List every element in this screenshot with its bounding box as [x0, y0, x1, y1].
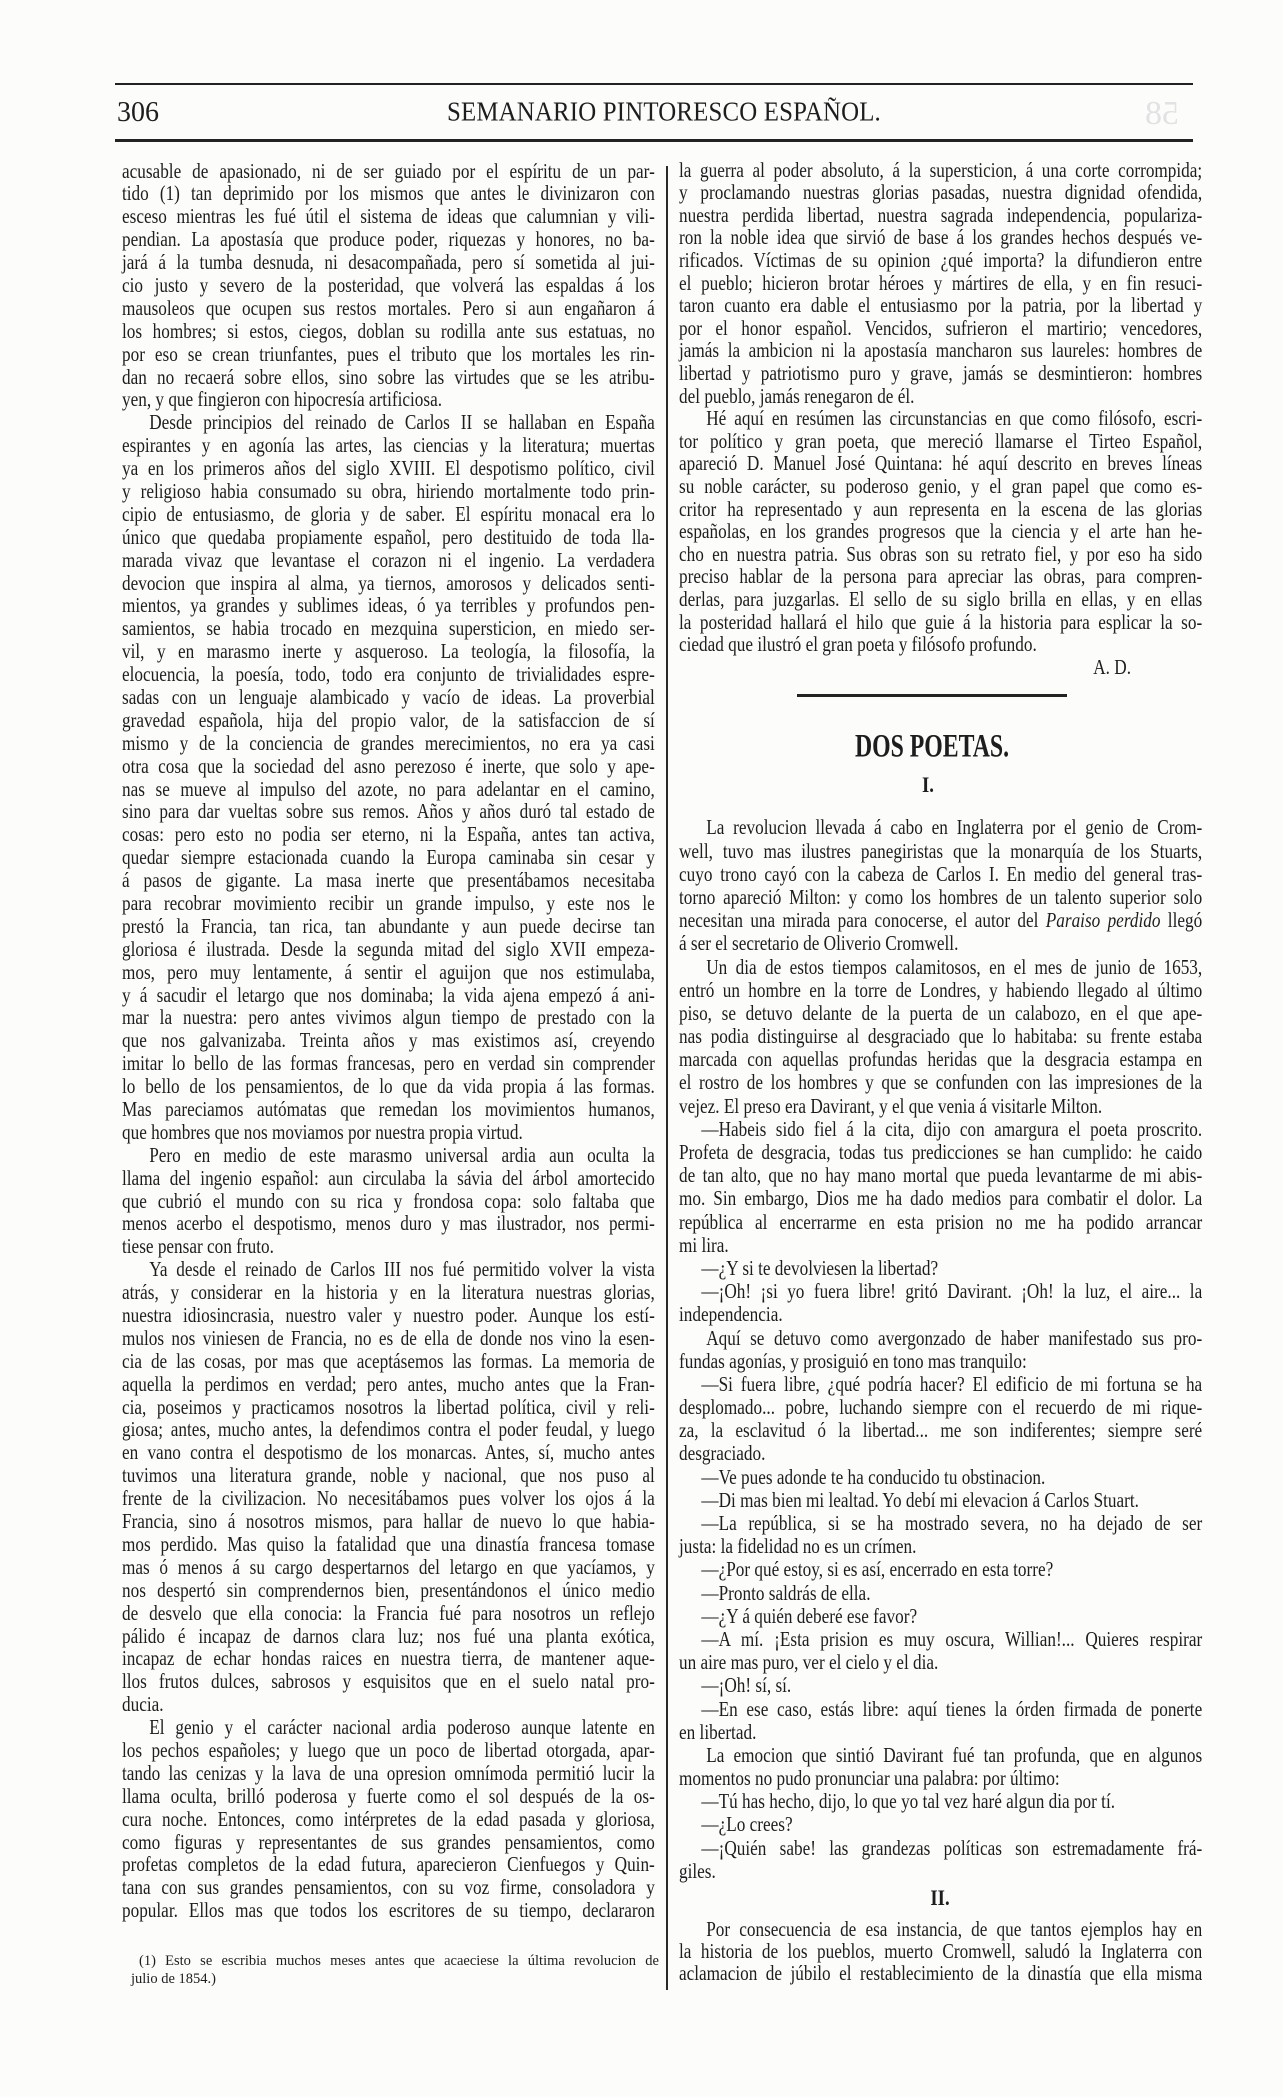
text-line: la posteridad hallará el hilo que guie á…: [679, 611, 1202, 634]
text-line: Un dia de estos tiempos calamitosos, en …: [679, 956, 1202, 979]
text-line: Mas pareciamos autómatas que remedan los…: [122, 1098, 655, 1121]
text-line: mismo y de la conciencia de grandes mere…: [122, 732, 655, 755]
text-line: cia de las cosas, por mas que aceptásemo…: [122, 1350, 655, 1373]
text-line: giosa; antes, mucho antes, la defendimos…: [122, 1418, 655, 1441]
text-line: La emocion que sintió Davirant fué tan p…: [679, 1744, 1202, 1767]
text-line: Desde principios del reinado de Carlos I…: [122, 411, 655, 434]
text-line: ya en los primeros años del siglo XVIII.…: [122, 457, 655, 480]
text-line: well, tuvo mas ilustres panegiristas que…: [679, 840, 1202, 863]
text-line: marada vivaz que levantase el corazon ni…: [122, 549, 655, 572]
text-line: torno apareció Milton: y como los hombre…: [679, 886, 1202, 909]
text-line: Aquí se detuvo como avergonzado de haber…: [679, 1327, 1202, 1350]
text-line: momentos no pudo pronunciar una palabra:…: [679, 1767, 1202, 1790]
text-line: marcada con aquellas profundas heridas q…: [679, 1048, 1202, 1071]
text-line: La revolucion llevada á cabo en Inglater…: [679, 816, 1202, 839]
text-line: nas podia distinguirse al desgraciado qu…: [679, 1025, 1202, 1048]
text-line: libertad y patriotismo puro y grave, jam…: [679, 362, 1202, 385]
text-line: que cubrió el mundo con su rica y frondo…: [122, 1190, 655, 1213]
text-line: —Habeis sido fiel á la cita, dijo con am…: [679, 1118, 1202, 1141]
header-top-rule: [115, 83, 1193, 85]
text-line: tido (1) tan deprimido por los mismos qu…: [122, 182, 655, 205]
article-title: DOS POETAS.: [855, 731, 1009, 764]
text-line: en vano contra el despotismo de los mona…: [122, 1441, 655, 1464]
text-line: —Di mas bien mi lealtad. Yo debí mi elev…: [679, 1489, 1202, 1512]
text-line: fundas agonías, y prosiguió en tono mas …: [679, 1350, 1202, 1373]
text-line: necesitan una mirada para conocerse, el …: [679, 909, 1202, 932]
text-line: del pueblo, jamás renegaron de él.: [679, 385, 1202, 408]
text-line: independencia.: [679, 1303, 1202, 1326]
text-line: tana con sus grandes pensamientos, con s…: [122, 1876, 655, 1899]
text-line: profetas completos de la edad futura, ap…: [122, 1853, 655, 1876]
text-line: y á sacudir el letargo que nos dominaba;…: [122, 984, 655, 1007]
text-line: como figuras y representantes de sus gra…: [122, 1831, 655, 1854]
text-line: mo. Sin embargo, Dios me ha dado medios …: [679, 1187, 1202, 1210]
text-line: rificados. Víctimas de su opinion ¿qué i…: [679, 249, 1202, 272]
text-line: desplomado... pobre, luchando siempre co…: [679, 1396, 1202, 1419]
article-signature: A. D.: [679, 656, 1202, 679]
text-line: —Ve pues adonde te ha conducido tu obsti…: [679, 1466, 1202, 1489]
text-line: los hombres; si estos, ciegos, doblan su…: [122, 320, 655, 343]
publication-title: SEMANARIO PINTORESCO ESPAÑOL.: [447, 99, 881, 126]
text-line: giles.: [679, 1860, 1202, 1883]
text-line: cipio de entusiasmo, de gloria y de sabe…: [122, 503, 655, 526]
text-line: prestó la Francia, tan rica, tan abundan…: [122, 915, 655, 938]
text-line: —Pronto saldrás de ella.: [679, 1582, 1202, 1605]
text-line: justa: la fidelidad no es un crímen.: [679, 1535, 1202, 1558]
text-line: tando las cenizas y la lava de una opres…: [122, 1762, 655, 1785]
text-line: su noble carácter, su poderoso genio, y …: [679, 475, 1202, 498]
text-line: y proclamando nuestras glorias pasadas, …: [679, 181, 1202, 204]
text-line: gloriosa é ilustrada. Desde la segunda m…: [122, 938, 655, 961]
text-segment: llegó: [1160, 908, 1202, 932]
text-line: tiese pensar con fruto.: [122, 1235, 655, 1258]
text-line: ducia.: [122, 1693, 655, 1716]
text-line: tor político y gran poeta, que mereció l…: [679, 430, 1202, 453]
text-line: —En ese caso, estás libre: aquí tienes l…: [679, 1698, 1202, 1721]
text-line: pálido é incapaz de darnos clara luz; no…: [122, 1625, 655, 1648]
text-line: tuvimos una literatura grande, noble y n…: [122, 1464, 655, 1487]
text-line: nuestra perdida libertad, nuestra sagrad…: [679, 204, 1202, 227]
text-line: llama del ingenio español: aun circulaba…: [122, 1167, 655, 1190]
text-line: aclamacion de júbilo el restablecimiento…: [679, 1963, 1202, 1985]
footnote-line: julio de 1854.): [131, 1970, 659, 1988]
text-line: república al encerrarme en esta prision …: [679, 1211, 1202, 1234]
text-segment: necesitan una mirada para conocerse, el …: [679, 908, 1046, 932]
text-line: critor ha representado y aun representa …: [679, 498, 1202, 521]
text-line: atrás, y considerar en la historia y en …: [122, 1281, 655, 1304]
text-line: vil, y en marasmo inerte y asqueroso. La…: [122, 640, 655, 663]
text-line: que nos galvanizaba. Treinta años y mas …: [122, 1029, 655, 1052]
text-line: imitar lo bello de las formas francesas,…: [122, 1052, 655, 1075]
text-line: yen, y que fingieron con hipocresía arti…: [122, 388, 655, 411]
text-line: —La república, si se ha mostrado severa,…: [679, 1512, 1202, 1535]
text-line: jará á la tumba desnuda, ni desacompañad…: [122, 251, 655, 274]
text-line: la guerra al poder absoluto, á la supers…: [679, 159, 1202, 182]
text-line: mos perdido. Mas quiso la fatalidad que …: [122, 1533, 655, 1556]
text-line: —¿Lo crees?: [679, 1813, 1202, 1836]
text-line: apareció D. Manuel José Quintana: hé aqu…: [679, 452, 1202, 475]
text-line: mas ó menos á su cargo despertarnos del …: [122, 1556, 655, 1579]
text-line: frente de la civilizacion. No necesitába…: [122, 1487, 655, 1510]
text-line: por eso se crean triunfantes, pues el tr…: [122, 343, 655, 366]
text-line: aquella la perdimos en verdad; pero ante…: [122, 1373, 655, 1396]
text-line: Pero en medio de este marasmo universal …: [122, 1144, 655, 1167]
text-line: acusable de apasionado, ni de ser guiado…: [122, 160, 655, 183]
text-line: —¡Quién sabe! las grandezas políticas so…: [679, 1837, 1202, 1860]
text-line: un aire mas puro, ver el cielo y el dia.: [679, 1651, 1202, 1674]
page-number: 306: [117, 99, 159, 127]
text-line: Francia, sino á nosotros mismos, para ha…: [122, 1510, 655, 1533]
text-line: mausoleos que ocupen sus restos mortales…: [122, 297, 655, 320]
text-line: y religioso habia consumado su obra, hir…: [122, 480, 655, 503]
text-line: elocuencia, la poesía, todo, todo era co…: [122, 663, 655, 686]
text-line: popular. Ellos mas que todos los escrito…: [122, 1899, 655, 1922]
book-title-italic: Paraiso perdido: [1046, 908, 1161, 932]
text-line: pendian. La apostasía que produce poder,…: [122, 228, 655, 251]
text-line: mi lira.: [679, 1234, 1202, 1257]
text-line: menos acerbo el despotismo, menos duro y…: [122, 1212, 655, 1235]
text-line: nos despertó sin comprendernos bien, pre…: [122, 1579, 655, 1602]
text-line: derlas, para juzgarlas. El sello de su s…: [679, 588, 1202, 611]
text-line: za, la esclavitud ó la libertad... me so…: [679, 1419, 1202, 1442]
text-line: mar la nuestra: pero antes vivimos algun…: [122, 1006, 655, 1029]
text-line: —¡Oh! ¡si yo fuera libre! gritó Davirant…: [679, 1280, 1202, 1303]
text-line: llos frutos dulces, sabrosos y esquisito…: [122, 1670, 655, 1693]
left-column-text: acusable de apasionado, ni de ser guiado…: [122, 160, 655, 1923]
text-line: desgraciado.: [679, 1442, 1202, 1465]
text-line: por el honor español. Vencidos, sufriero…: [679, 317, 1202, 340]
text-line: que hombres que nos moviamos por nuestra…: [122, 1121, 655, 1144]
text-line: á ser el secretario de Oliverio Cromwell…: [679, 932, 1202, 955]
section-heading-1: I.: [922, 774, 934, 796]
text-line: piso, se detuvo delante de la puerta de …: [679, 1002, 1202, 1025]
text-line: Por consecuencia de esa instancia, de qu…: [679, 1919, 1202, 1941]
text-line: devocion que inspira al alma, ya tiernos…: [122, 572, 655, 595]
text-line: la historia de los pueblos, muerto Cromw…: [679, 1941, 1202, 1963]
text-line: lo bello de los pensamientos, de lo que …: [122, 1075, 655, 1098]
text-line: mulos nos viniesen de Francia, no es de …: [122, 1327, 655, 1350]
text-line: gravedad española, hija del propio valor…: [122, 709, 655, 732]
text-line: preciso hablar de la persona para apreci…: [679, 565, 1202, 588]
text-line: otra cosa que la sociedad del asno perez…: [122, 755, 655, 778]
text-line: en libertad.: [679, 1721, 1202, 1744]
text-line: Profeta de desgracia, todas tus predicci…: [679, 1141, 1202, 1164]
text-line: vejez. El preso era Davirant, y el que v…: [679, 1095, 1202, 1118]
text-line: espirantes y en agonía las artes, las ci…: [122, 434, 655, 457]
text-line: españolas, en los grandes progresos que …: [679, 520, 1202, 543]
text-line: mientos, ya grandes y sublimes ideas, ó …: [122, 594, 655, 617]
text-line: —¿Y á quién deberé ese favor?: [679, 1605, 1202, 1628]
header-bottom-rule: [115, 139, 1193, 142]
text-line: para recobrar movimiento recibir un gran…: [122, 892, 655, 915]
right-column-article-end: la guerra al poder absoluto, á la supers…: [679, 159, 1202, 679]
text-line: cho en nuestra patria. Sus obras son su …: [679, 543, 1202, 566]
text-line: dan no recaerá sobre ellos, sino sobre l…: [122, 366, 655, 389]
text-line: incapaz de echar hondas raices en nuestr…: [122, 1647, 655, 1670]
text-line: El genio y el carácter nacional ardia po…: [122, 1716, 655, 1739]
text-line: —Si fuera libre, ¿qué podría hacer? El e…: [679, 1373, 1202, 1396]
text-line: cia, poseimos y practicamos nosotros la …: [122, 1396, 655, 1419]
text-line: samientos, se habia trocado en mezquina …: [122, 617, 655, 640]
text-line: único que quedaba propiamente español, p…: [122, 526, 655, 549]
text-line: —A mí. ¡Esta prision es muy oscura, Will…: [679, 1628, 1202, 1651]
text-line: quedar siempre estacionada cuando la Eur…: [122, 846, 655, 869]
text-line: llama oculta, brilló poderosa y fuerte c…: [122, 1785, 655, 1808]
text-line: á pasos de gigante. La masa inerte que p…: [122, 869, 655, 892]
column-rule: [666, 166, 668, 1990]
text-line: cuyo trono cayó con la cabeza de Carlos …: [679, 863, 1202, 886]
text-line: cosas: pero esto no podia ser eterno, ni…: [122, 823, 655, 846]
text-line: jamás la ambicion ni la apostasía mancha…: [679, 339, 1202, 362]
text-line: esceso mientras les fué útil el sistema …: [122, 205, 655, 228]
text-line: —¿Y si te devolviesen la libertad?: [679, 1257, 1202, 1280]
section-heading-2: II.: [930, 1887, 949, 1909]
text-line: —¿Por qué estoy, si es así, encerrado en…: [679, 1558, 1202, 1581]
text-line: —Tú has hecho, dijo, lo que yo tal vez h…: [679, 1790, 1202, 1813]
newspaper-page: 306 SEMANARIO PINTORESCO ESPAÑOL. 58 acu…: [0, 0, 1283, 2097]
text-line: de tan alto, que no hay mano mortal que …: [679, 1164, 1202, 1187]
text-line: el pueblo; hicieron brotar héroes y márt…: [679, 272, 1202, 295]
text-line: ciedad que ilustró el gran poeta y filós…: [679, 633, 1202, 656]
text-line: taron cuanto era dable el entusiasmo por…: [679, 294, 1202, 317]
text-line: Hé aquí en resúmen las circunstancias en…: [679, 407, 1202, 430]
text-line: ron la noble idea que sirvió de base á l…: [679, 226, 1202, 249]
article-divider: [797, 694, 1067, 697]
text-line: cura noche. Entonces, como intérpretes d…: [122, 1808, 655, 1831]
text-line: mos, pero muy lentamente, á sentir el ag…: [122, 961, 655, 984]
text-line: de desvelo que ella conocia: la Francia …: [122, 1602, 655, 1625]
footnote-line: (1) Esto se escribia muchos meses antes …: [131, 1952, 659, 1970]
text-line: —¡Oh! sí, sí.: [679, 1674, 1202, 1697]
text-line: entró un hombre en la torre de Londres, …: [679, 979, 1202, 1002]
text-line: sadas con un lenguaje alambicado y vacío…: [122, 686, 655, 709]
text-line: Ya desde el reinado de Carlos III nos fu…: [122, 1258, 655, 1281]
text-line: nas se mueve al impulso del azote, no pa…: [122, 778, 655, 801]
text-line: nuestra idiosincrasia, nuestro valer y n…: [122, 1304, 655, 1327]
section-1-text: La revolucion llevada á cabo en Inglater…: [679, 816, 1202, 1883]
section-2-text: Por consecuencia de esa instancia, de qu…: [679, 1919, 1202, 1984]
bleed-through-mark: 58: [1145, 96, 1179, 132]
footnote: (1) Esto se escribia muchos meses antes …: [131, 1952, 659, 1988]
text-line: el rostro de los hombres y que se confun…: [679, 1071, 1202, 1094]
text-line: cio justo y severo de la posteridad, que…: [122, 274, 655, 297]
text-line: sino para dar vueltas sobre sus remos. A…: [122, 800, 655, 823]
text-line: los pechos españoles; y luego que un poc…: [122, 1739, 655, 1762]
